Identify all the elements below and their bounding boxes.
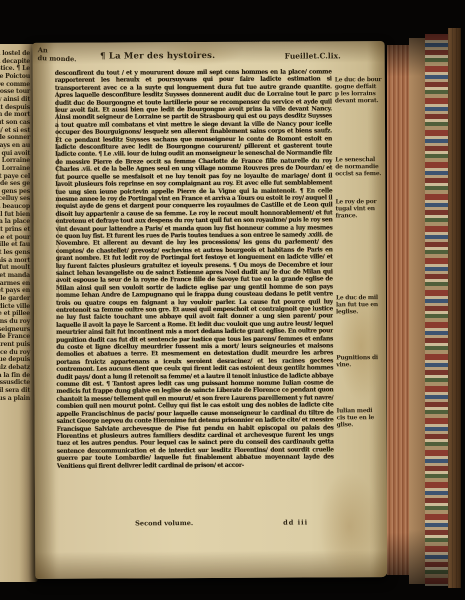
margin-note-duke-of-milan: Le duc de mil lan fut tue en leglise. [336, 295, 384, 316]
margin-note-punitions: Pugnitions di vine. [336, 355, 384, 369]
folio-number: Fueillet.C.lix. [285, 51, 341, 60]
fore-edge-pages [387, 45, 409, 575]
decorated-page-edges [425, 34, 448, 586]
margin-note-julian-medici: Iulian medi cis tue en le glise. [337, 408, 385, 429]
body-paragraph: ¶ Tantost apres ledit cas ung puissant h… [56, 379, 333, 469]
body-text: desconfirent du tout / et y moururent do… [55, 68, 334, 518]
body-paragraph: desconfirent du tout / et y moururent do… [55, 68, 332, 158]
signature-mark: dd iii [283, 518, 308, 526]
margin-note-king-of-portugal: Le roy de por tugal vint en france. [335, 199, 383, 220]
body-paragraph: ¶ En celle mesme annee le roy de Porting… [55, 187, 332, 270]
running-title: ¶ La Mer des hystoires. [33, 51, 283, 62]
catchline: Second volume. [135, 519, 193, 527]
binding-board [448, 28, 461, 588]
margin-note-duke-of-burgundy: Le duc de bour gogne deffait p les lorra… [335, 77, 383, 105]
body-paragraph: ¶ Ou moys de Decembre et iour sainct Ieh… [56, 261, 334, 388]
margin-note-seneschal-normandy: Le seneschal de normandie occist sa feme… [335, 157, 383, 178]
leather-edge-strip [409, 38, 425, 584]
verso-page-text: t palais en lostel de grans fut decapite… [0, 50, 30, 402]
page-footer: Second volume. dd iii [57, 518, 334, 527]
recto-page: An du monde. ¶ La Mer des hystoires. Fue… [33, 41, 388, 579]
book-photo: t palais en lostel de grans fut decapite… [0, 0, 465, 600]
